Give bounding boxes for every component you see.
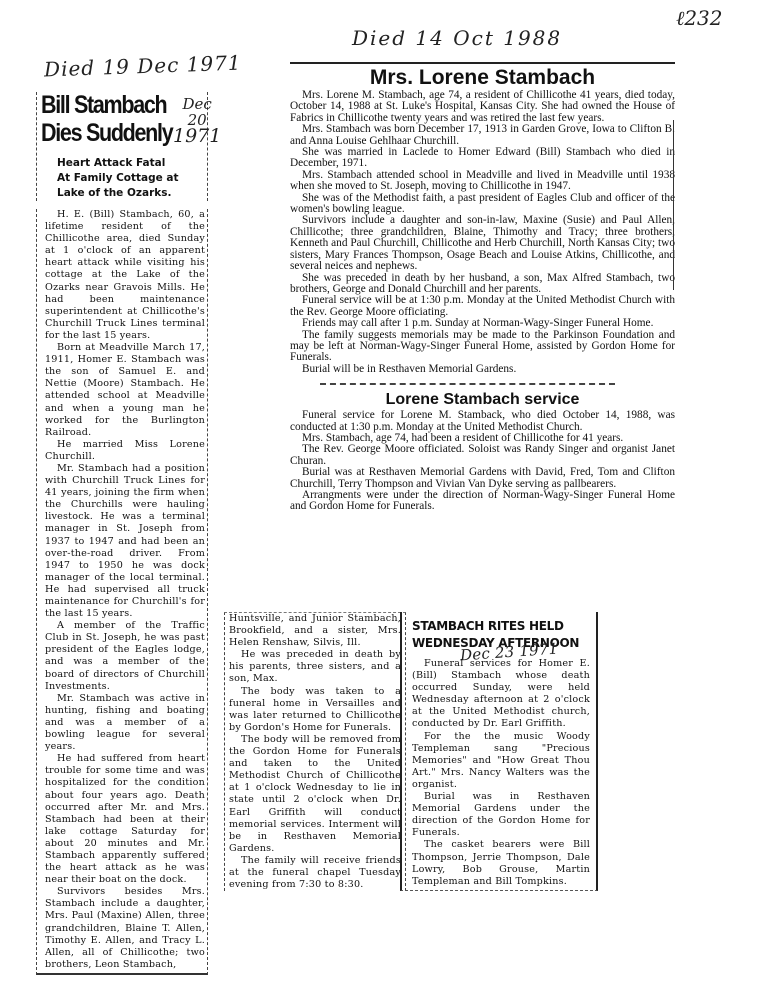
top-rule: [290, 62, 675, 64]
paragraph: The body was taken to a funeral home in …: [229, 686, 401, 734]
stambach-rites-clipping: STAMBACH RITES HELD WEDNESDAY AFTERNOON …: [400, 612, 598, 891]
bill-death-date-note: Died 19 Dec 1971: [44, 51, 242, 82]
paragraph: Funeral service will be at 1:30 p.m. Mon…: [290, 295, 675, 318]
paragraph: The family will receive friends at the f…: [229, 855, 401, 891]
subheadline-line: At Family Cottage at: [57, 171, 205, 186]
paragraph: He was preceded in death by his parents,…: [229, 649, 401, 685]
lorene-service-body: Funeral service for Lorene M. Stamback, …: [290, 410, 675, 513]
paragraph: The body will be removed from the Gordon…: [229, 734, 401, 855]
paragraph: Survivors besides Mrs. Stambach include …: [45, 886, 205, 971]
paragraph: The family suggests memorials may be mad…: [290, 330, 675, 364]
lorene-stambach-obituary: Mrs. Lorene Stambach Mrs. Lorene M. Stam…: [290, 62, 675, 513]
lorene-service-headline: Lorene Stambach service: [290, 390, 675, 410]
paragraph: For the the music Woody Templeman sang "…: [412, 731, 590, 791]
paragraph: Friends may call after 1 p.m. Sunday at …: [290, 318, 675, 329]
paragraph: She was married in Laclede to Homer Edwa…: [290, 147, 675, 170]
paragraph: Mr. Stambach had a position with Churchi…: [45, 463, 205, 620]
paragraph: Burial was at Resthaven Memorial Gardens…: [290, 467, 675, 490]
scan-edge-line: [673, 120, 674, 290]
subheadline-line: Heart Attack Fatal: [57, 156, 205, 171]
date-month: Dec: [173, 96, 221, 112]
paragraph: He married Miss Lorene Churchill.: [45, 439, 205, 463]
paragraph: She was preceded in death by her husband…: [290, 273, 675, 296]
paragraph: Funeral service for Lorene M. Stamback, …: [290, 410, 675, 433]
date-year: 1971: [173, 128, 221, 144]
subheadline-line: Lake of the Ozarks.: [57, 186, 205, 201]
lorene-obituary-body: Mrs. Lorene M. Stambach, age 74, a resid…: [290, 90, 675, 375]
paragraph: Huntsville, and Junior Stambach, Brookfi…: [229, 613, 401, 649]
paragraph: Burial will be in Resthaven Memorial Gar…: [290, 364, 675, 375]
paragraph: Mr. Stambach was active in hunting, fish…: [45, 693, 205, 753]
paragraph: A member of the Traffic Club in St. Jose…: [45, 620, 205, 693]
lorene-headline: Mrs. Lorene Stambach: [290, 66, 675, 90]
paragraph: She was of the Methodist faith, a past p…: [290, 193, 675, 216]
paragraph: Arrangments were under the direction of …: [290, 490, 675, 513]
paragraph: H. E. (Bill) Stambach, 60, a lifetime re…: [45, 209, 205, 342]
headline-line: STAMBACH RITES HELD: [412, 618, 590, 635]
lorene-death-date-note: Died 14 Oct 1988: [352, 26, 562, 50]
bill-stambach-clipping: Bill Stambach Dies Suddenly Dec 20 1971 …: [36, 90, 208, 975]
paragraph: Survivors include a daughter and son-in-…: [290, 215, 675, 272]
paragraph: Born at Meadville March 17, 1911, Homer …: [45, 342, 205, 439]
bill-article-continuation: Huntsville, and Junior Stambach, Brookfi…: [224, 612, 406, 891]
paragraph: Mrs. Lorene M. Stambach, age 74, a resid…: [290, 90, 675, 124]
archive-id-note: ℓ232: [676, 6, 723, 31]
bill-subheadline: Heart Attack Fatal At Family Cottage at …: [57, 156, 205, 201]
section-divider: [320, 383, 615, 386]
paragraph: Funeral services for Homer E. (Bill) Sta…: [412, 658, 590, 731]
bill-clip-date-note: Dec 20 1971: [173, 96, 221, 144]
headline-line: Bill Stambach: [41, 92, 182, 118]
paragraph: The casket bearers were Bill Thompson, J…: [412, 839, 590, 887]
bill-article-body: H. E. (Bill) Stambach, 60, a lifetime re…: [36, 209, 208, 975]
paragraph: He had suffered from heart trouble for s…: [45, 753, 205, 886]
headline-line: Dies Suddenly: [41, 120, 182, 146]
paragraph: The Rev. George Moore officiated. Solois…: [290, 444, 675, 467]
paragraph: Mrs. Stambach was born December 17, 1913…: [290, 124, 675, 147]
paragraph: Mrs. Stambach attended school in Meadvil…: [290, 170, 675, 193]
paragraph: Burial was in Resthaven Memorial Gardens…: [412, 791, 590, 839]
bill-headline: Bill Stambach Dies Suddenly Dec 20 1971: [45, 92, 205, 146]
